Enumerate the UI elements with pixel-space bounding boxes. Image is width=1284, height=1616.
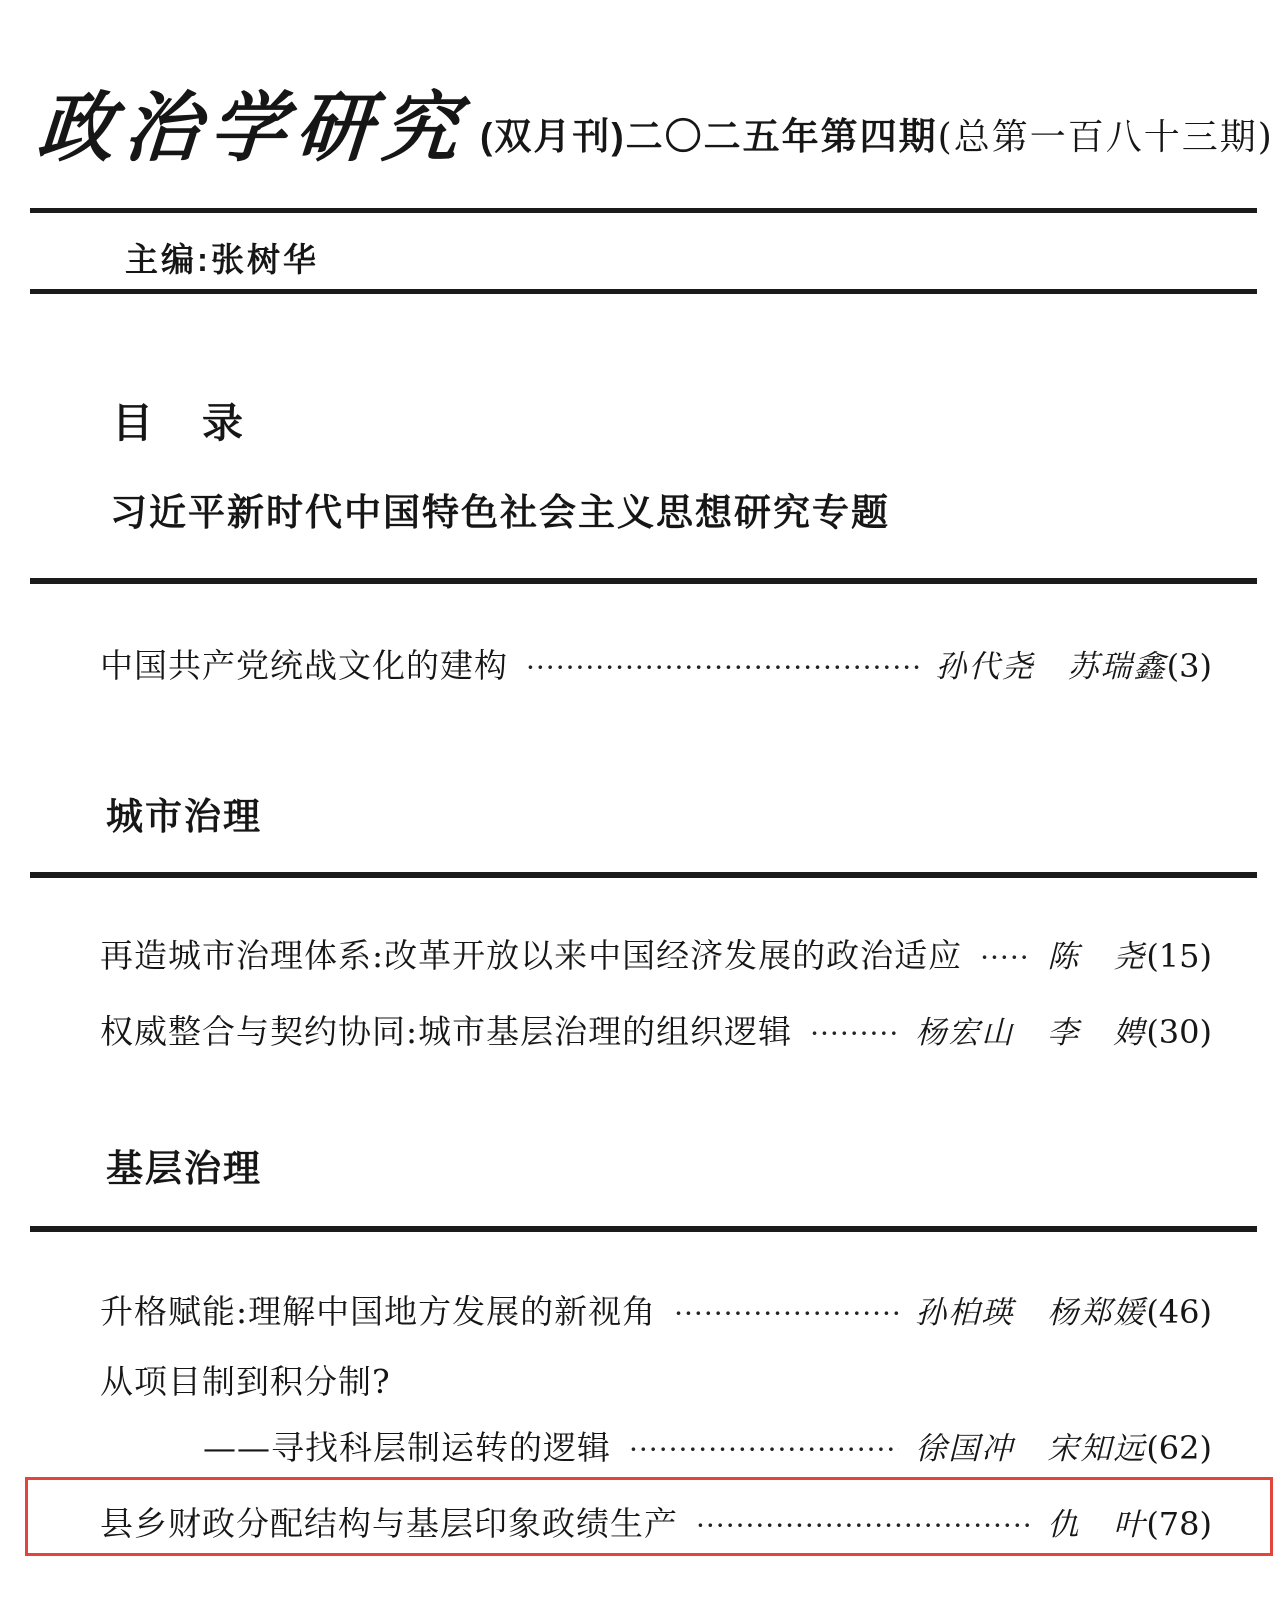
entry-page-number: (15) xyxy=(1146,937,1212,975)
dot-leader: ········································… xyxy=(526,651,920,684)
issue-info: (双月刊)二〇二五年第四期 xyxy=(480,106,938,168)
entry-title: 从项目制到积分制? xyxy=(100,1356,391,1403)
divider-rule xyxy=(30,208,1257,213)
entry-title: ——寻找科层制运转的逻辑 xyxy=(203,1422,611,1469)
entry-page-number: (62) xyxy=(1146,1429,1212,1467)
toc-entry: 权威整合与契约协同:城市基层治理的组织逻辑 ··················… xyxy=(100,1006,1212,1053)
entry-page-number: (30) xyxy=(1146,1013,1212,1051)
toc-entry: ——寻找科层制运转的逻辑 ···························… xyxy=(203,1422,1212,1469)
journal-toc-page: 政治学研究 (双月刊)二〇二五年第四期 (总第一百八十三期) 主编:张树华 目 … xyxy=(0,0,1284,1616)
divider-rule xyxy=(30,289,1257,294)
toc-title: 目 录 xyxy=(112,390,247,449)
entry-page-number: (3) xyxy=(1167,647,1212,685)
entry-title: 升格赋能:理解中国地方发展的新视角 xyxy=(100,1286,656,1333)
toc-entry: 再造城市治理体系:改革开放以来中国经济发展的政治适应 ·············… xyxy=(100,930,1212,977)
dot-leader: ········································… xyxy=(810,1017,899,1050)
entry-authors: 孙代尧 苏瑞鑫 xyxy=(936,641,1167,686)
dot-leader: ········································… xyxy=(629,1433,899,1466)
entry-title: 权威整合与契约协同:城市基层治理的组织逻辑 xyxy=(100,1006,792,1053)
toc-entry: 中国共产党统战文化的建构 ···························… xyxy=(100,640,1212,687)
dot-leader: ········································… xyxy=(696,1509,1031,1542)
divider-rule xyxy=(30,578,1257,584)
entry-authors: 徐国冲 宋知远 xyxy=(915,1423,1146,1468)
entry-authors: 陈 尧 xyxy=(1047,931,1146,976)
entry-title: 再造城市治理体系:改革开放以来中国经济发展的政治适应 xyxy=(100,930,962,977)
toc-entry-highlighted: 县乡财政分配结构与基层印象政绩生产 ······················… xyxy=(100,1498,1212,1545)
divider-rule xyxy=(30,1226,1257,1232)
journal-title: 政治学研究 xyxy=(35,88,471,168)
entry-authors: 杨宏山 李 娉 xyxy=(915,1007,1146,1052)
entry-authors: 仇 叶 xyxy=(1047,1499,1146,1544)
section-heading-grassroots-governance: 基层治理 xyxy=(106,1138,262,1192)
entry-title: 中国共产党统战文化的建构 xyxy=(100,640,508,687)
toc-entry: 从项目制到积分制? xyxy=(100,1356,1212,1403)
entry-authors: 孙柏瑛 杨郑媛 xyxy=(915,1287,1146,1332)
dot-leader: ········································… xyxy=(980,941,1031,974)
entry-title: 县乡财政分配结构与基层印象政绩生产 xyxy=(100,1498,678,1545)
masthead: 政治学研究 (双月刊)二〇二五年第四期 (总第一百八十三期) xyxy=(38,88,1260,168)
section-heading-special-topic: 习近平新时代中国特色社会主义思想研究专题 xyxy=(110,482,890,536)
editor-line: 主编:张树华 xyxy=(125,234,319,281)
volume-info: (总第一百八十三期) xyxy=(938,109,1274,168)
dot-leader: ········································… xyxy=(674,1297,899,1330)
divider-rule xyxy=(30,872,1257,878)
section-heading-urban-governance: 城市治理 xyxy=(106,786,262,840)
entry-page-number: (46) xyxy=(1146,1293,1212,1331)
entry-page-number: (78) xyxy=(1146,1505,1212,1543)
toc-entry: 升格赋能:理解中国地方发展的新视角 ······················… xyxy=(100,1286,1212,1333)
